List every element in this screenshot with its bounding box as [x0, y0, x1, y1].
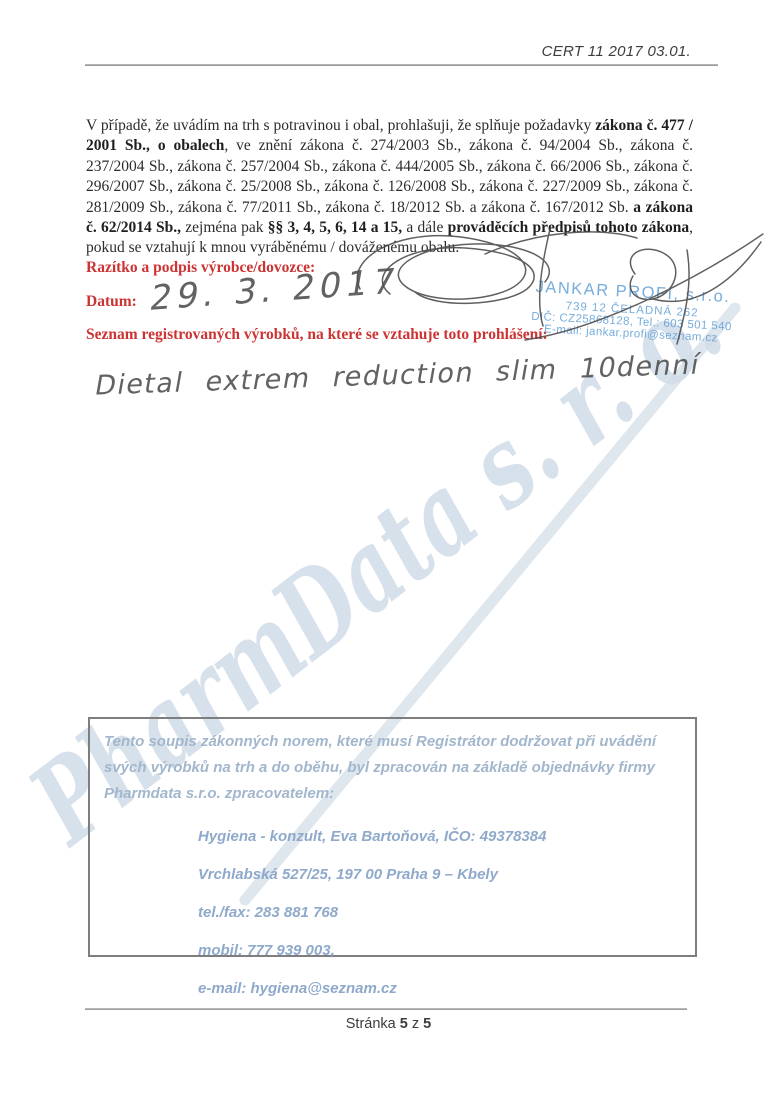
declaration-text: zejména pak [181, 219, 268, 236]
contact-address: Vrchlabská 527/25, 197 00 Praha 9 – Kbel… [198, 866, 681, 883]
footer-text: z [408, 1016, 423, 1032]
document-page: PharmData s. r. o. CERT 11 2017 03.01. V… [0, 0, 777, 1100]
signature [335, 214, 765, 346]
footer-rule [85, 1008, 687, 1010]
header-doc-code: CERT 11 2017 03.01. [542, 43, 691, 60]
processor-info-box: Tento soupis zákonných norem, které musí… [88, 717, 697, 957]
footer-page-number: 5 [400, 1016, 408, 1032]
contact-telfax: tel./fax: 283 881 768 [198, 904, 681, 921]
header-rule [85, 64, 718, 66]
contact-company: Hygiena - konzult, Eva Bartoňová, IČO: 4… [198, 828, 681, 845]
contact-email: e-mail: hygiena@seznam.cz [198, 980, 681, 997]
handwritten-product-name: Dietal extrem reduction slim 10denní [92, 349, 702, 401]
page-footer: Stránka 5 z 5 [0, 1016, 777, 1032]
footer-total-pages: 5 [423, 1016, 431, 1032]
footer-text: Stránka [346, 1016, 400, 1032]
declaration-text: V případě, že uvádím na trh s potravinou… [86, 117, 595, 134]
contact-mobile: mobil: 777 939 003, [198, 942, 681, 959]
info-box-intro: Tento soupis zákonných norem, které musí… [104, 729, 681, 807]
label-date: Datum: [86, 293, 137, 311]
